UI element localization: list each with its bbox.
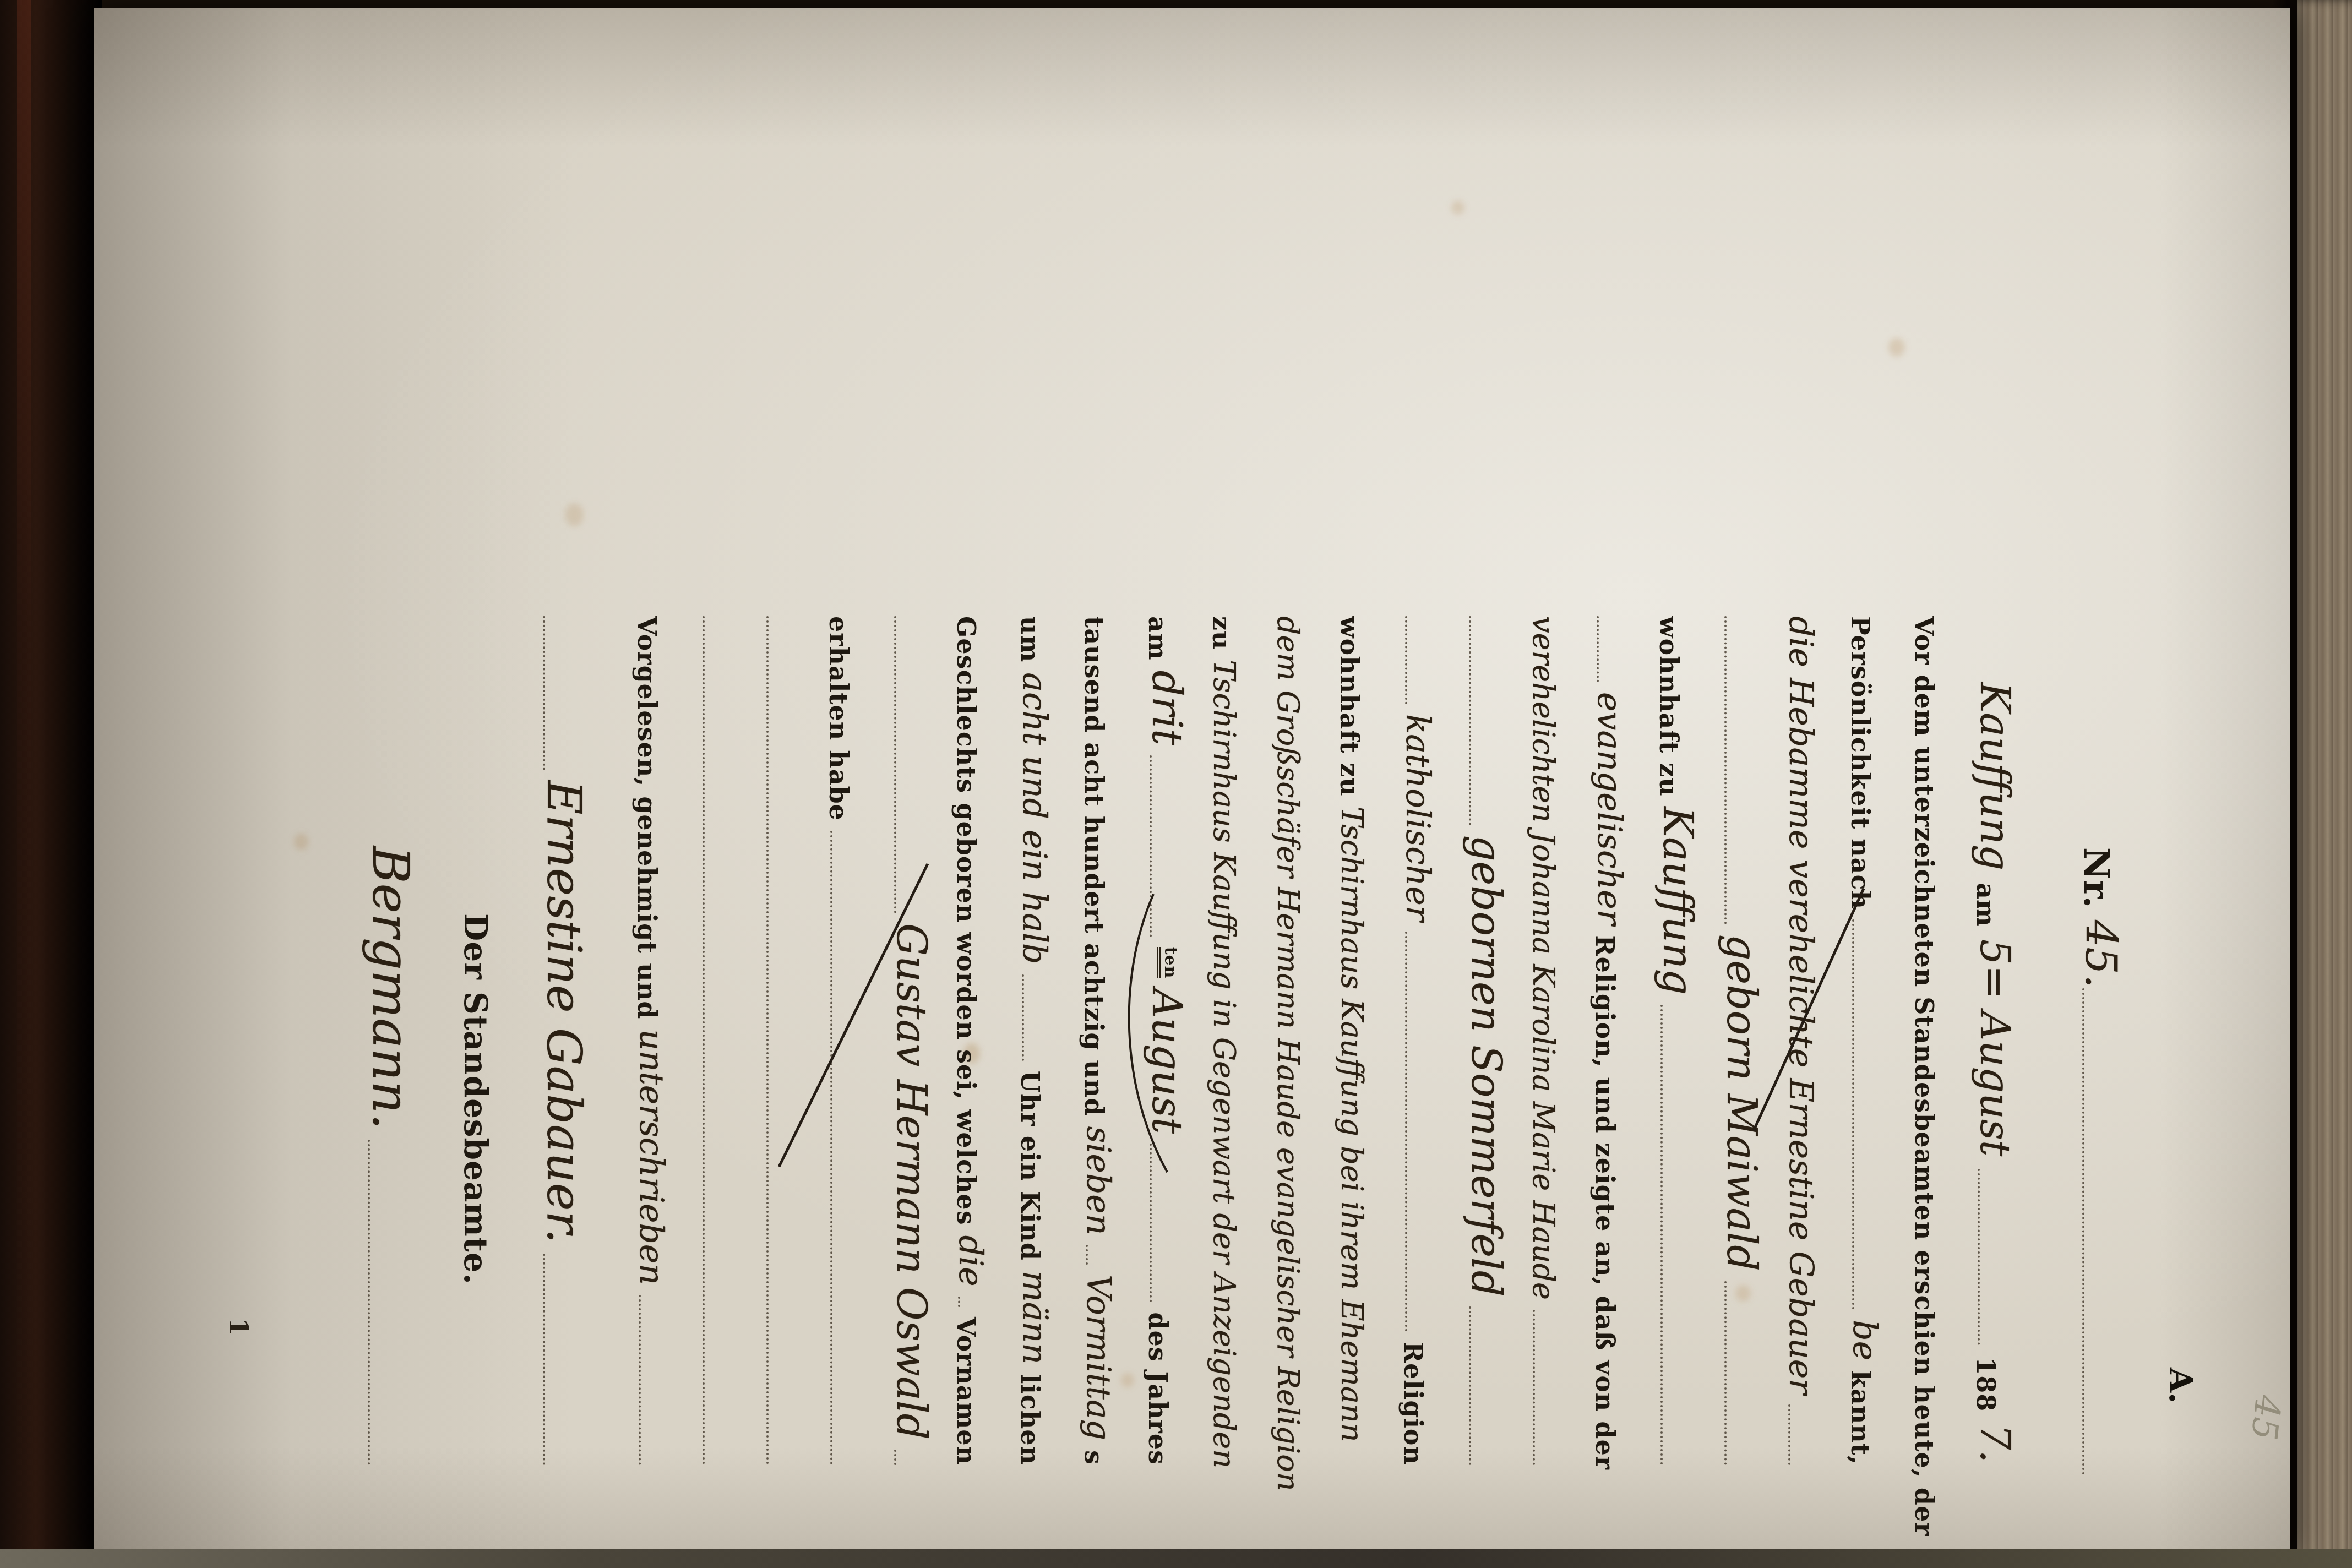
informant-signature-line: Ernestine Gabauer. — [534, 616, 630, 1475]
form-line-husband: dem Großschäfer Hermann Haude evangelisc… — [1268, 616, 1332, 1475]
foxing-spot — [294, 834, 308, 850]
day-handwritten: 5= — [1971, 939, 2018, 999]
mother-maidenname-handwritten: gebornen Sommerfeld — [1462, 835, 1510, 1297]
informant-residence-handwritten: Kauffung — [1654, 807, 1701, 995]
uhr-ein-kind-print: Uhr ein Kind — [1015, 1071, 1045, 1261]
dotted-blank — [1533, 1310, 1535, 1465]
form-line-sex-names: Geschlechts geboren worden sei, welches … — [949, 616, 1013, 1475]
standesbeamte-print: Der Standesbeamte. — [457, 913, 494, 1285]
dotted-blank — [543, 616, 545, 770]
dotted-blank — [1469, 616, 1471, 825]
form-line-informant-residence: wohnhaft zu Kauffung — [1652, 616, 1716, 1475]
form-line-identity: Persönlichkeit nach be kannt, — [1843, 616, 1907, 1475]
dotted-blank — [543, 1254, 545, 1465]
wohnhaft-zu-print: wohnhaft zu — [1335, 616, 1364, 797]
form-letter-stamp: A. — [2162, 1368, 2199, 1403]
dotted-blank — [1150, 755, 1152, 937]
ten-print: ten — [1157, 947, 1180, 979]
dotted-blank — [1660, 1005, 1663, 1465]
dotted-blank — [1724, 1281, 1727, 1465]
form-line-erhalten-habe: erhalten habe — [821, 616, 885, 1475]
dotted-blank — [703, 616, 705, 1465]
husband-handwritten: dem Großschäfer Hermann Haude evangelisc… — [1271, 616, 1305, 1491]
register-form-page: 45 A. 1 Nr. 45. Kauffung am 5= August 18… — [94, 8, 2290, 1555]
photo-of-register-page: 45 A. 1 Nr. 45. Kauffung am 5= August 18… — [0, 0, 2352, 1568]
form-line-time: um acht und ein halb Uhr ein Kind männ l… — [1013, 616, 1077, 1475]
mother-religion-handwritten: katholischer — [1398, 714, 1437, 922]
month-handwritten: August — [1971, 1011, 2018, 1157]
religion-label-print: Religion — [1398, 1342, 1428, 1465]
dotted-blank — [958, 1297, 960, 1307]
birth-time-handwritten: acht und ein halb — [1015, 672, 1054, 964]
daytime-s-print: s — [1079, 1450, 1109, 1465]
form-text-block: Nr. 45. Kauffung am 5= August 188 7. Vor… — [359, 616, 2158, 1475]
mother-name-handwritten: verehelichten Johanna Karolina Marie Hau… — [1526, 616, 1561, 1300]
birth-month-handwritten: August — [1143, 988, 1190, 1134]
form-line-informant-maidenname: geborn Maiwald — [1716, 616, 1779, 1475]
dotted-blank — [894, 616, 896, 913]
vorgelesen-print: Vorgelesen, genehmigt und — [632, 616, 662, 1019]
intro-print: Vor dem unterzeichneten Standesbeamten e… — [1909, 616, 1939, 1537]
pencil-archive-number: 45 — [2243, 1393, 2288, 1442]
page-number: 1 — [224, 1318, 253, 1336]
informant-signature: Ernestine Gabauer. — [536, 780, 591, 1244]
form-line-informant-name: die Hebamme verehelichte Ernestine Gebau… — [1779, 616, 1843, 1475]
geschlechts-print: Geschlechts geboren worden sei, welches — [951, 616, 981, 1226]
dotted-blank — [639, 1295, 641, 1465]
form-line-vorgelesen: Vorgelesen, genehmigt und unterschrieben — [630, 616, 694, 1475]
dotted-blank — [830, 831, 832, 1465]
lichen-print: lichen — [1015, 1374, 1045, 1465]
dotted-blank — [2082, 988, 2084, 1475]
place-handwritten: Kauffung — [1971, 682, 2018, 870]
wooden-table-edge — [2288, 0, 2352, 1568]
place-and-date-line: Kauffung am 5= August 188 7. — [1971, 682, 2054, 1475]
nr-label: Nr. — [2076, 847, 2117, 909]
religion-zeigte-print: Religion, und zeigte an, daß von der — [1590, 935, 1620, 1470]
informant-religion-handwritten: evangelischer — [1590, 692, 1629, 925]
table-surface — [0, 1549, 2352, 1568]
dotted-blank — [766, 616, 769, 1465]
registrar-signature: Bergmann. — [361, 846, 420, 1130]
form-line-mother-religion: katholischer Religion — [1396, 616, 1460, 1475]
year-handwritten: 7. — [1971, 1424, 2018, 1463]
dotted-blank — [1724, 616, 1727, 924]
dotted-blank — [1978, 1169, 1980, 1346]
form-line-mother-name: verehelichten Johanna Karolina Marie Hau… — [1524, 616, 1588, 1475]
form-line-blank-2 — [694, 616, 758, 1475]
kannt-print: kannt, — [1845, 1370, 1875, 1465]
zu-print: zu — [1207, 616, 1237, 650]
unterschrieben-handwritten: unterschrieben — [632, 1029, 671, 1285]
um-print: um — [1015, 616, 1045, 662]
dotted-blank — [894, 1450, 896, 1465]
am-print: am — [1143, 616, 1173, 660]
dotted-blank — [1597, 616, 1599, 682]
dotted-blank — [1086, 1245, 1088, 1265]
informant-name-handwritten: die Hebamme verehelichte Ernestine Gebau… — [1782, 616, 1820, 1395]
dotted-blank — [1022, 974, 1024, 1061]
wohnhaft-zu-print: wohnhaft zu — [1654, 616, 1684, 797]
book-gutter — [0, 0, 102, 1568]
dotted-blank — [1405, 932, 1407, 1332]
form-line-blank-1 — [758, 616, 821, 1475]
book-gutter-highlight — [17, 0, 31, 1568]
dotted-blank — [368, 1140, 370, 1465]
form-line-mother-residence: wohnhaft zu Tschirnhaus Kauffung bei ihr… — [1332, 616, 1396, 1475]
form-line-child-names: Gustav Hermann Oswald — [885, 616, 949, 1475]
tausend-print: tausend acht hundert achtzig und — [1079, 616, 1109, 1116]
dotted-blank — [1469, 1306, 1471, 1465]
be-handwritten: be — [1845, 1320, 1884, 1360]
die-handwritten: die — [951, 1235, 990, 1287]
daytime-handwritten: Vormittag — [1079, 1275, 1118, 1440]
am-label: am — [1971, 883, 2001, 927]
form-line-mother-maidenname: gebornen Sommerfeld — [1460, 616, 1524, 1475]
child-names-handwritten: Gustav Hermann Oswald — [888, 923, 935, 1440]
nr-value-handwritten: 45. — [2076, 920, 2125, 988]
dotted-blank — [1150, 1144, 1152, 1302]
birth-day-handwritten: drit — [1143, 670, 1190, 745]
foxing-spot — [565, 503, 584, 526]
standesbeamte-line: Der Standesbeamte. — [455, 913, 534, 1475]
form-line-informant-religion: evangelischer Religion, und zeigte an, d… — [1588, 616, 1652, 1475]
form-line-intro: Vor dem unterzeichneten Standesbeamten e… — [1907, 616, 1971, 1475]
informant-maidenname-handwritten: geborn Maiwald — [1718, 934, 1765, 1271]
record-number-line: Nr. 45. — [2076, 847, 2158, 1475]
sex-handwritten: männ — [1015, 1271, 1054, 1364]
dotted-blank — [1788, 1404, 1790, 1465]
registrar-signature-line: Bergmann. — [359, 616, 455, 1475]
vornamen-print: Vornamen — [951, 1317, 981, 1465]
persoenlichkeit-print: Persönlichkeit nach — [1845, 616, 1875, 910]
year-print: 188 — [1971, 1357, 2001, 1412]
form-line-year: tausend acht hundert achtzig und sieben … — [1077, 616, 1141, 1475]
dotted-blank — [1405, 616, 1407, 704]
foxing-spot — [1888, 338, 1905, 357]
mother-residence-handwritten: Tschirnhaus Kauffung bei ihrem Ehemann — [1335, 807, 1369, 1442]
erhalten-habe-print: erhalten habe — [824, 616, 853, 821]
des-jahres-print: des Jahres — [1143, 1312, 1173, 1465]
dotted-blank — [1852, 919, 1854, 1310]
year-word-handwritten: sieben — [1079, 1126, 1118, 1235]
form-line-birthplace: zu Tschirnhaus Kauffung in Gegenwart der… — [1205, 616, 1268, 1475]
birthplace-handwritten: Tschirnhaus Kauffung in Gegenwart der An… — [1207, 660, 1242, 1468]
form-line-birthdate: am drit ten August des Jahres — [1141, 616, 1205, 1475]
foxing-spot — [1451, 200, 1464, 215]
